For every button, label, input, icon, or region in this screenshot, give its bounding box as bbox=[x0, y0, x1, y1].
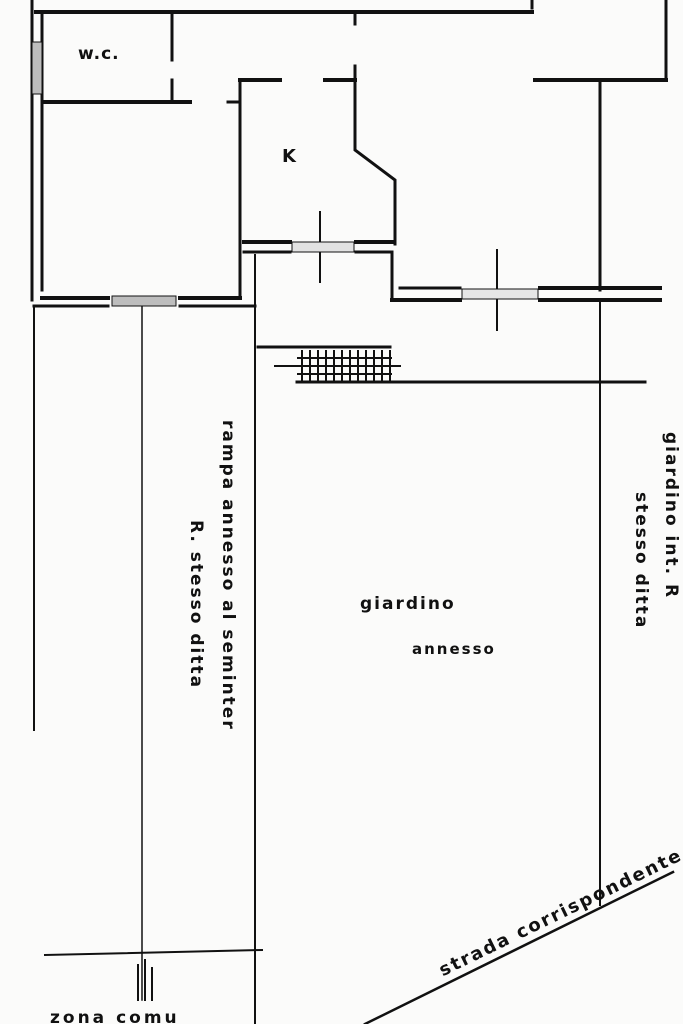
vertical-label-right-2: stesso ditta bbox=[631, 492, 651, 629]
room-label-garden-sub: annesso bbox=[412, 640, 496, 658]
room-label-wc: w.c. bbox=[78, 44, 120, 64]
room-label-garden: giardino bbox=[360, 594, 456, 614]
bottom-label-left: zona comu bbox=[50, 1008, 180, 1024]
floor-plan-lines bbox=[0, 0, 683, 1024]
vertical-label-left-1: rampa annesso al seminter bbox=[218, 420, 238, 731]
vertical-label-right-1: giardino int. R bbox=[661, 432, 681, 599]
room-label-kitchen: K bbox=[282, 146, 297, 167]
floor-plan: w.c. K giardino annesso rampa annesso al… bbox=[0, 0, 683, 1024]
vertical-label-left-2: R. stesso ditta bbox=[186, 520, 206, 689]
